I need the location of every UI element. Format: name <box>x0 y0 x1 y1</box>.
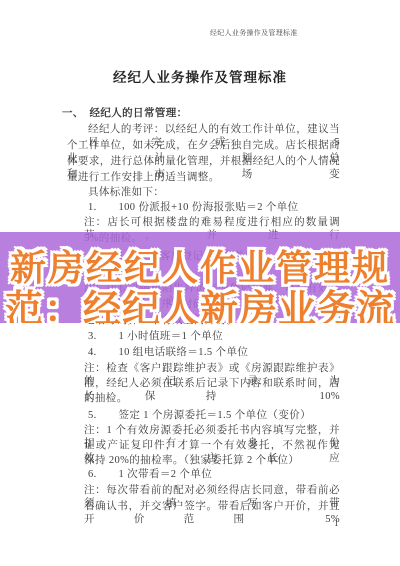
doc-line: 保持 20%的抽检率。（独家委托算 2 个单位） <box>84 454 299 467</box>
doc-line: 一、 经纪人的日常管理： <box>62 107 188 120</box>
doc-line: 6. 1 次带看＝2 个单位 <box>88 468 212 481</box>
running-header: 经纪人业务操作及管理标准 <box>210 28 298 38</box>
doc-line: 1. 100 份派报+10 份海报张贴＝2 个单位 <box>88 201 299 214</box>
doc-line: 量进行工作安排上的适当调整。 <box>67 171 220 184</box>
doc-line: 看确认书，并交客户签字。带看后如客户开价，并且开价范围 5% <box>84 500 340 526</box>
banner-headline-line2: 范：经纪人新房业务流 <box>0 278 400 323</box>
document-page: 经纪人业务操作及管理标准 经纪人业务操作及管理标准 一、 经纪人的日常管理：经纪… <box>0 0 400 566</box>
doc-line: 的抽检。 <box>84 392 128 405</box>
doc-line: 3. 1 小时值班＝1 个单位 <box>88 330 223 343</box>
page-number: 1 <box>334 518 339 528</box>
doc-line: 5. 签定 1 个房源委托＝1.5 个单位（变价） <box>88 409 311 422</box>
document-title: 经纪人业务操作及管理标准 <box>0 66 400 86</box>
headline-banner: 新房经纪人作业管理规 范：经纪人新房业务流 <box>0 232 400 323</box>
doc-line: 具体标准如下： <box>88 186 164 199</box>
doc-line: 4. 10 组电话联络＝1.5 个单位 <box>88 346 248 359</box>
